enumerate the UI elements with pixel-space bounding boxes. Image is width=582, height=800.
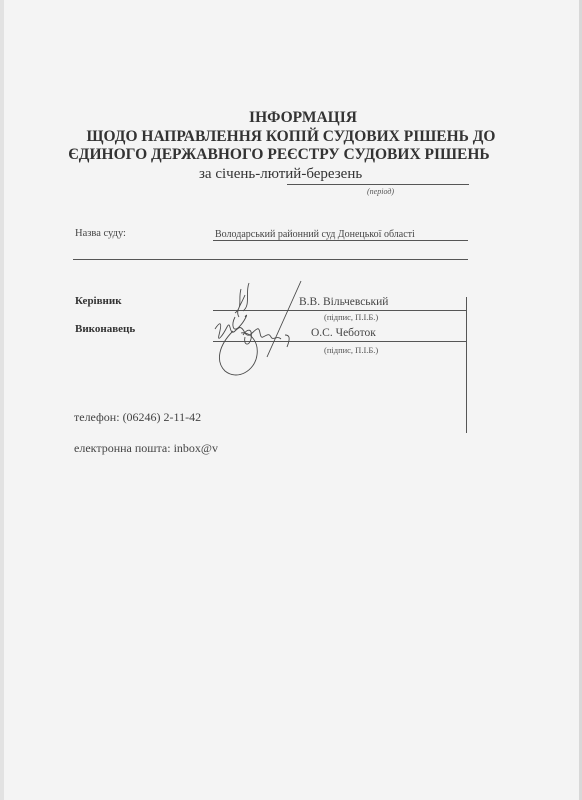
period-text: за січень-лютий-березень — [199, 166, 362, 183]
court-underline — [213, 240, 468, 241]
document-subtitle-line-1: ЩОДО НАПРАВЛЕННЯ КОПІЙ СУДОВИХ РІШЕНЬ ДО — [0, 127, 582, 146]
court-label: Назва суду: — [75, 228, 126, 239]
court-extra-line — [73, 259, 468, 260]
executor-caption: (підпис, П.І.Б.) — [324, 345, 378, 355]
head-label: Керівник — [75, 295, 122, 307]
document-subtitle-line-2: ЄДИНОГО ДЕРЖАВНОГО РЕЄСТРУ СУДОВИХ РІШЕН… — [0, 145, 570, 164]
court-name: Володарський районний суд Донецької обла… — [215, 229, 415, 240]
scan-edge-left — [0, 0, 4, 800]
head-caption: (підпис, П.І.Б.) — [324, 312, 378, 322]
executor-label: Виконавець — [75, 323, 135, 335]
executor-name: О.С. Чеботок — [311, 327, 376, 339]
period-caption: (період) — [367, 187, 394, 196]
signature-icon — [205, 275, 315, 385]
phone-text: телефон: (06246) 2-11-42 — [74, 410, 201, 425]
period-underline — [287, 184, 469, 185]
vertical-border-line — [466, 297, 467, 433]
document-title: ІНФОРМАЦІЯ — [12, 108, 582, 127]
email-text: електронна пошта: inbox@v — [74, 441, 218, 456]
